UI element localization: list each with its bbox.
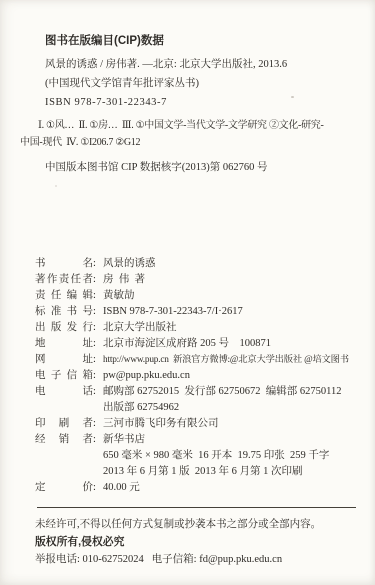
- cip-registry-line: 中国版本图书馆 CIP 数据核字(2013)第 062760 号: [45, 159, 365, 176]
- field-value: 三河市腾飞印务有限公司: [103, 418, 219, 429]
- field-colon: :: [93, 480, 103, 496]
- colophon-row-email: 电子信箱:pw@pup.pku.edu.cn: [35, 368, 375, 384]
- field-label: 标准书号: [35, 304, 93, 320]
- field-value: pw@pup.pku.edu.cn: [103, 370, 190, 381]
- report-contact-line: 举报电话: 010-62752024 电子信箱: fd@pup.pku.edu.…: [35, 551, 365, 569]
- scan-speck: [55, 185, 57, 187]
- field-value: 650 毫米 × 980 毫米 16 开本 19.75 印张 259 千字: [103, 450, 329, 461]
- colophon-row-book-title: 书名:风景的诱惑: [35, 256, 375, 272]
- field-value: 2013 年 6 月第 1 版 2013 年 6 月第 1 次印刷: [103, 466, 303, 477]
- field-value: 房 伟 著: [103, 274, 145, 285]
- field-label: 责任编辑: [35, 288, 93, 304]
- field-colon: :: [93, 288, 103, 304]
- field-colon: :: [93, 304, 103, 320]
- book-copyright-page: 图书在版编目(CIP)数据 风景的诱惑 / 房伟著. —北京: 北京大学出版社,…: [0, 0, 375, 585]
- field-colon: :: [93, 384, 103, 400]
- field-label: 电子信箱: [35, 368, 93, 384]
- field-value: 北京大学出版社: [103, 322, 177, 333]
- field-value: 出版部 62754962: [103, 402, 179, 413]
- field-label: 著作责任者: [35, 272, 93, 288]
- field-label: 经销者: [35, 432, 93, 448]
- colophon-row-website: 网址:http://www.pup.cn 新浪官方微博:@北京大学出版社 @培文…: [35, 352, 375, 368]
- field-value: http://www.pup.cn 新浪官方微博:@北京大学出版社 @培文图书: [103, 355, 349, 365]
- notice-divider: [37, 507, 356, 508]
- colophon-row-printer: 印刷者:三河市腾飞印务有限公司: [35, 416, 375, 432]
- field-label: 出版发行: [35, 320, 93, 336]
- cip-series-line: (中国现代文学馆青年批评家丛书): [45, 75, 365, 92]
- colophon-row-phone-cont: 出版部 62754962: [35, 400, 375, 416]
- cip-classification-line-1: Ⅰ. ①风… Ⅱ. ①房… Ⅲ. ①中国文学-当代文学-文学研究 ②文化-研究-: [38, 117, 365, 134]
- cip-title-line: 风景的诱惑 / 房伟著. —北京: 北京大学出版社, 2013.6: [45, 56, 365, 73]
- colophon-row-publisher: 出版发行:北京大学出版社: [35, 320, 375, 336]
- colophon-row-format-specs: 650 毫米 × 980 毫米 16 开本 19.75 印张 259 千字: [35, 448, 375, 464]
- field-colon: :: [93, 272, 103, 288]
- field-colon: :: [93, 336, 103, 352]
- field-label: 印刷者: [35, 416, 93, 432]
- field-colon: :: [93, 432, 103, 448]
- cip-isbn-line: ISBN 978-7-301-22343-7: [45, 94, 365, 111]
- copyright-notice-section: 未经许可,不得以任何方式复制或抄袭本书之部分或全部内容。 版权所有,侵权必究 举…: [0, 516, 375, 569]
- field-colon: :: [93, 320, 103, 336]
- field-value: 邮购部 62752015 发行部 62750672 编辑部 62750112: [103, 386, 342, 397]
- colophon-row-price: 定价:40.00 元: [35, 480, 375, 496]
- field-value: 黄敏劼: [103, 290, 135, 301]
- no-copy-notice: 未经许可,不得以任何方式复制或抄袭本书之部分或全部内容。: [35, 516, 365, 534]
- cip-classification-line-2: 中国-现代 Ⅳ. ①I206.7 ②G12: [20, 134, 365, 151]
- colophon-row-address: 地址:北京市海淀区成府路 205 号 100871: [35, 336, 375, 352]
- field-value: 40.00 元: [103, 482, 140, 493]
- field-value: 北京市海淀区成府路 205 号 100871: [103, 338, 271, 349]
- colophon-row-author: 著作责任者:房 伟 著: [35, 272, 375, 288]
- colophon-row-edition: 2013 年 6 月第 1 版 2013 年 6 月第 1 次印刷: [35, 464, 375, 480]
- field-value: 风景的诱惑: [103, 258, 156, 269]
- field-label: 地址: [35, 336, 93, 352]
- colophon-row-editor: 责任编辑:黄敏劼: [35, 288, 375, 304]
- scan-speck: [291, 96, 294, 98]
- field-label: 电话: [35, 384, 93, 400]
- colophon-section: 书名:风景的诱惑 著作责任者:房 伟 著 责任编辑:黄敏劼 标准书号:ISBN …: [0, 256, 375, 496]
- field-colon: :: [93, 352, 103, 368]
- colophon-row-isbn: 标准书号:ISBN 978-7-301-22343-7/I·2617: [35, 304, 375, 320]
- field-value: 新华书店: [103, 434, 145, 445]
- field-value: ISBN 978-7-301-22343-7/I·2617: [103, 306, 243, 317]
- field-label: 网址: [35, 352, 93, 368]
- all-rights-reserved: 版权所有,侵权必究: [35, 534, 365, 552]
- cip-section: 图书在版编目(CIP)数据 风景的诱惑 / 房伟著. —北京: 北京大学出版社,…: [0, 0, 375, 176]
- field-colon: :: [93, 256, 103, 272]
- cip-heading: 图书在版编目(CIP)数据: [45, 33, 365, 50]
- field-colon: :: [93, 416, 103, 432]
- field-colon: :: [93, 368, 103, 384]
- field-label: 书名: [35, 256, 93, 272]
- field-label: 定价: [35, 480, 93, 496]
- colophon-row-phone: 电话:邮购部 62752015 发行部 62750672 编辑部 6275011…: [35, 384, 375, 400]
- colophon-row-distributor: 经销者:新华书店: [35, 432, 375, 448]
